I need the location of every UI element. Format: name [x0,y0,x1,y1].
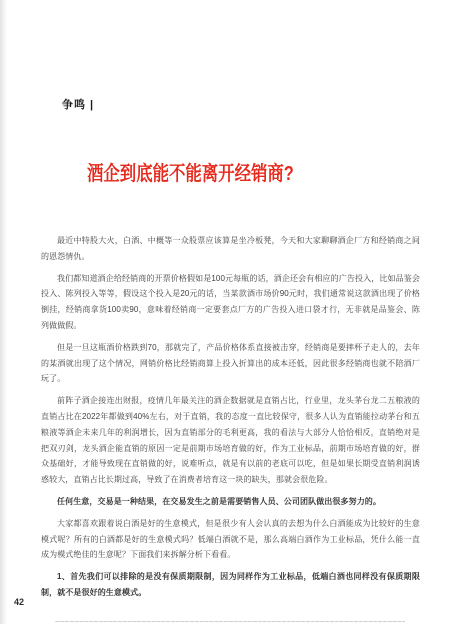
paragraph: 但是一旦这瓶酒价格跌到70，那就完了，产品价格体系直接被击穿，经销商是要摔杯子走… [41,340,420,387]
article-title: 酒企到底能不能离开经销商? [87,162,360,186]
paragraph: 大家都喜欢跟着说白酒是好的生意模式，但是很少有人会认真的去想为什么白酒能成为比较… [41,516,420,563]
page-scan-edge [0,0,7,624]
page-number: 42 [14,597,24,607]
paragraph-emphasis: 任何生意，交易是一种结果，在交易发生之前是需要销售人员、公司团队做出很多努力的。 [41,494,420,510]
magazine-page: 争鸣 | 酒企到底能不能离开经销商? 最近中特股大火，白酒、中概等一众股票应该算… [0,0,460,624]
section-label: 争鸣 | [62,96,420,112]
paragraph: 前阵子酒企接连出财报，疫情几年最关注的酒企数据就是直销占比，行业里，龙头茅台龙二… [41,393,420,488]
article-content: 争鸣 | 酒企到底能不能离开经销商? 最近中特股大火，白酒、中概等一众股票应该算… [41,0,420,624]
paragraph-emphasis: 1、首先我们可以排除的是没有保质期限制，因为同样作为工业标品，低端白酒也同样没有… [41,569,420,601]
paragraph: 我们都知道酒企给经销商的开票价格假如是100元每瓶的话，酒企还会有相应的广告投入… [41,271,420,334]
paragraph: 最近中特股大火，白酒、中概等一众股票应该算是坐冷板凳，今天和大家聊聊酒企厂方和经… [41,233,420,265]
article-body: 最近中特股大火，白酒、中概等一众股票应该算是坐冷板凳，今天和大家聊聊酒企厂方和经… [41,233,420,601]
wavy-divider: ~~~~~~~~~~~~~~~~~~~~~~~~~~~~~~~~~~~~~~~~… [55,618,405,624]
